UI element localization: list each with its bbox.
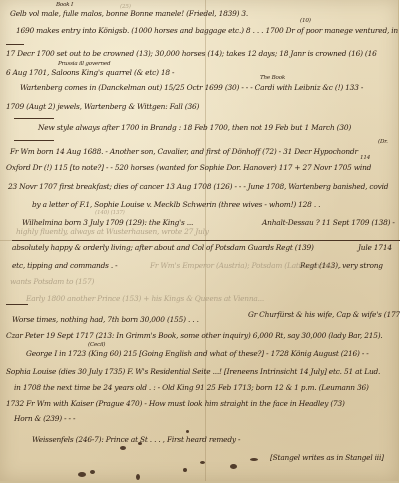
ink-rule bbox=[14, 118, 54, 119]
manuscript-line: wants Potsdam to (157) bbox=[10, 278, 94, 285]
manuscript-line: Jule 1714 bbox=[358, 244, 392, 251]
ink-blot bbox=[138, 442, 142, 445]
manuscript-line: 17 Decr 1700 set out to be crowned (13);… bbox=[6, 50, 377, 57]
ink-blot bbox=[78, 472, 86, 477]
ink-rule bbox=[6, 304, 28, 305]
manuscript-line: etc, tipping and commands . - bbox=[12, 262, 117, 269]
manuscript-line: in 1708 the next time be 24 years old . … bbox=[14, 384, 369, 391]
manuscript-line: by a letter of F.1, Sophie Louise v. Mec… bbox=[32, 201, 320, 208]
manuscript-line: (140) (137) bbox=[95, 211, 125, 217]
manuscript-line: George I in 1723 (King 60) 215 [Going En… bbox=[26, 350, 369, 357]
manuscript-line: Gr Churfürst & his wife, Cap & wife's (1… bbox=[248, 311, 400, 318]
ink-rule bbox=[6, 44, 24, 45]
manuscript-line: highly fluently, always at Wusterhausen,… bbox=[16, 228, 209, 235]
manuscript-page: Book I(25)Gelb vol male, fulle malos, bo… bbox=[0, 0, 399, 483]
ink-blot bbox=[90, 470, 95, 474]
manuscript-line: [Stangel writes as in Stangel iii] bbox=[270, 454, 384, 461]
manuscript-line: absolutely happy & orderly living; after… bbox=[12, 244, 314, 251]
manuscript-line: 1732 Fr Wm with Kaiser (Prague 470) - Ho… bbox=[6, 400, 345, 407]
manuscript-line: 1690 makes entry into Königsb. (1000 hor… bbox=[16, 27, 400, 34]
manuscript-line: Weissenfels (246-7): Prince at St . . . … bbox=[32, 436, 240, 443]
manuscript-line: Worse times, nothing had, 7th born 30,00… bbox=[12, 316, 199, 323]
ink-blot bbox=[230, 464, 237, 469]
manuscript-line: Wartenberg comes in (Danckelman out) 15/… bbox=[20, 84, 363, 91]
manuscript-line: Gelb vol male, fulle malos, bonne Bonne … bbox=[10, 10, 248, 17]
ink-blot bbox=[120, 446, 126, 450]
manuscript-line: 6 Aug 1701, Saloons King's quarrel (& et… bbox=[6, 69, 174, 76]
manuscript-line: 23 Novr 1707 first breakfast; dies of ca… bbox=[8, 183, 388, 190]
manuscript-line: Wilhelmina born 3 July 1709 (129): the K… bbox=[22, 219, 193, 226]
manuscript-line: 1709 (Augt 2) jewels, Wartenberg & Wittg… bbox=[6, 103, 199, 110]
manuscript-line: Fr Wm born 14 Aug 1688. - Another son, C… bbox=[10, 148, 358, 155]
manuscript-line: Horn & (239) - - - bbox=[14, 415, 75, 422]
manuscript-line: Early 1800 another Prince (153) + his Ki… bbox=[26, 295, 264, 302]
ink-rule bbox=[14, 140, 54, 141]
manuscript-line: Prussia ill governed bbox=[58, 62, 110, 68]
manuscript-line: The Book bbox=[260, 76, 285, 82]
ink-blot bbox=[186, 430, 189, 433]
ink-blot bbox=[136, 474, 140, 480]
ink-blot bbox=[183, 468, 187, 472]
manuscript-line: (10) bbox=[300, 19, 311, 25]
manuscript-line: Fr Wm's Emperor (Austria); Potsdam (Lati… bbox=[150, 262, 342, 269]
manuscript-line: Oxford Dr (!) 115 [to note?] - - 520 hor… bbox=[6, 164, 371, 171]
manuscript-line: Book I bbox=[56, 3, 73, 9]
manuscript-line: (Cecil) bbox=[88, 343, 105, 349]
manuscript-line: (Dr. bbox=[378, 140, 388, 146]
manuscript-line: New style always after 1700 in Brandg : … bbox=[38, 124, 351, 131]
manuscript-line: Anhalt-Dessau ? 11 Sept 1709 (138) - bbox=[262, 219, 395, 226]
ink-blot bbox=[250, 458, 258, 461]
manuscript-line: Sophia Louise (dies 30 July 1735) F. W's… bbox=[6, 368, 380, 375]
manuscript-line: 114 bbox=[360, 156, 370, 162]
ink-rule bbox=[12, 240, 400, 241]
ink-blot bbox=[200, 461, 205, 464]
manuscript-line: Czar Peter 19 Sept 1717 (213: In Grimm's… bbox=[6, 332, 383, 339]
